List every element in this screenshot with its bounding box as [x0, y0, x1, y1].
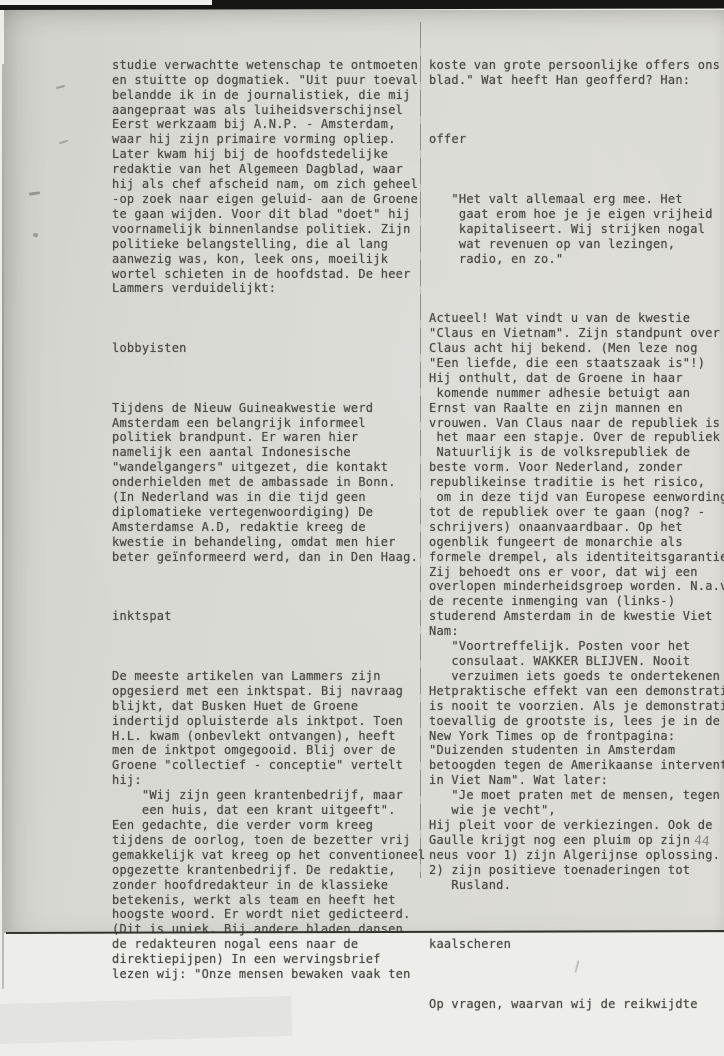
scanned-document-page: studie verwachtte wetenschap te ontmoete…: [0, 0, 724, 1024]
heading-inktspat: inktspat: [112, 609, 426, 624]
handwritten-page-number: 44: [693, 833, 710, 849]
heading-offer: offer: [429, 132, 724, 147]
page-left-edge: [2, 64, 4, 989]
left-column: studie verwachtte wetenschap te ontmoete…: [112, 28, 426, 1024]
right-column: koste van grote persoonlijke offers ons …: [429, 28, 724, 1024]
paragraph-actueel: Actueel! Wat vindt u van de kwestie "Cla…: [429, 311, 724, 892]
quote-offer: "Het valt allemaal erg mee. Het gaat ero…: [429, 192, 724, 267]
heading-lobbyisten: lobbyisten: [112, 341, 426, 356]
paragraph-career: studie verwachtte wetenschap te ontmoete…: [112, 58, 426, 297]
scan-top-corner: [0, 0, 212, 5]
paragraph-lobbyisten: Tijdens de Nieuw Guineakwestie werd Amst…: [112, 401, 426, 565]
paragraph-offers: koste van grote persoonlijke offers ons …: [429, 58, 724, 88]
